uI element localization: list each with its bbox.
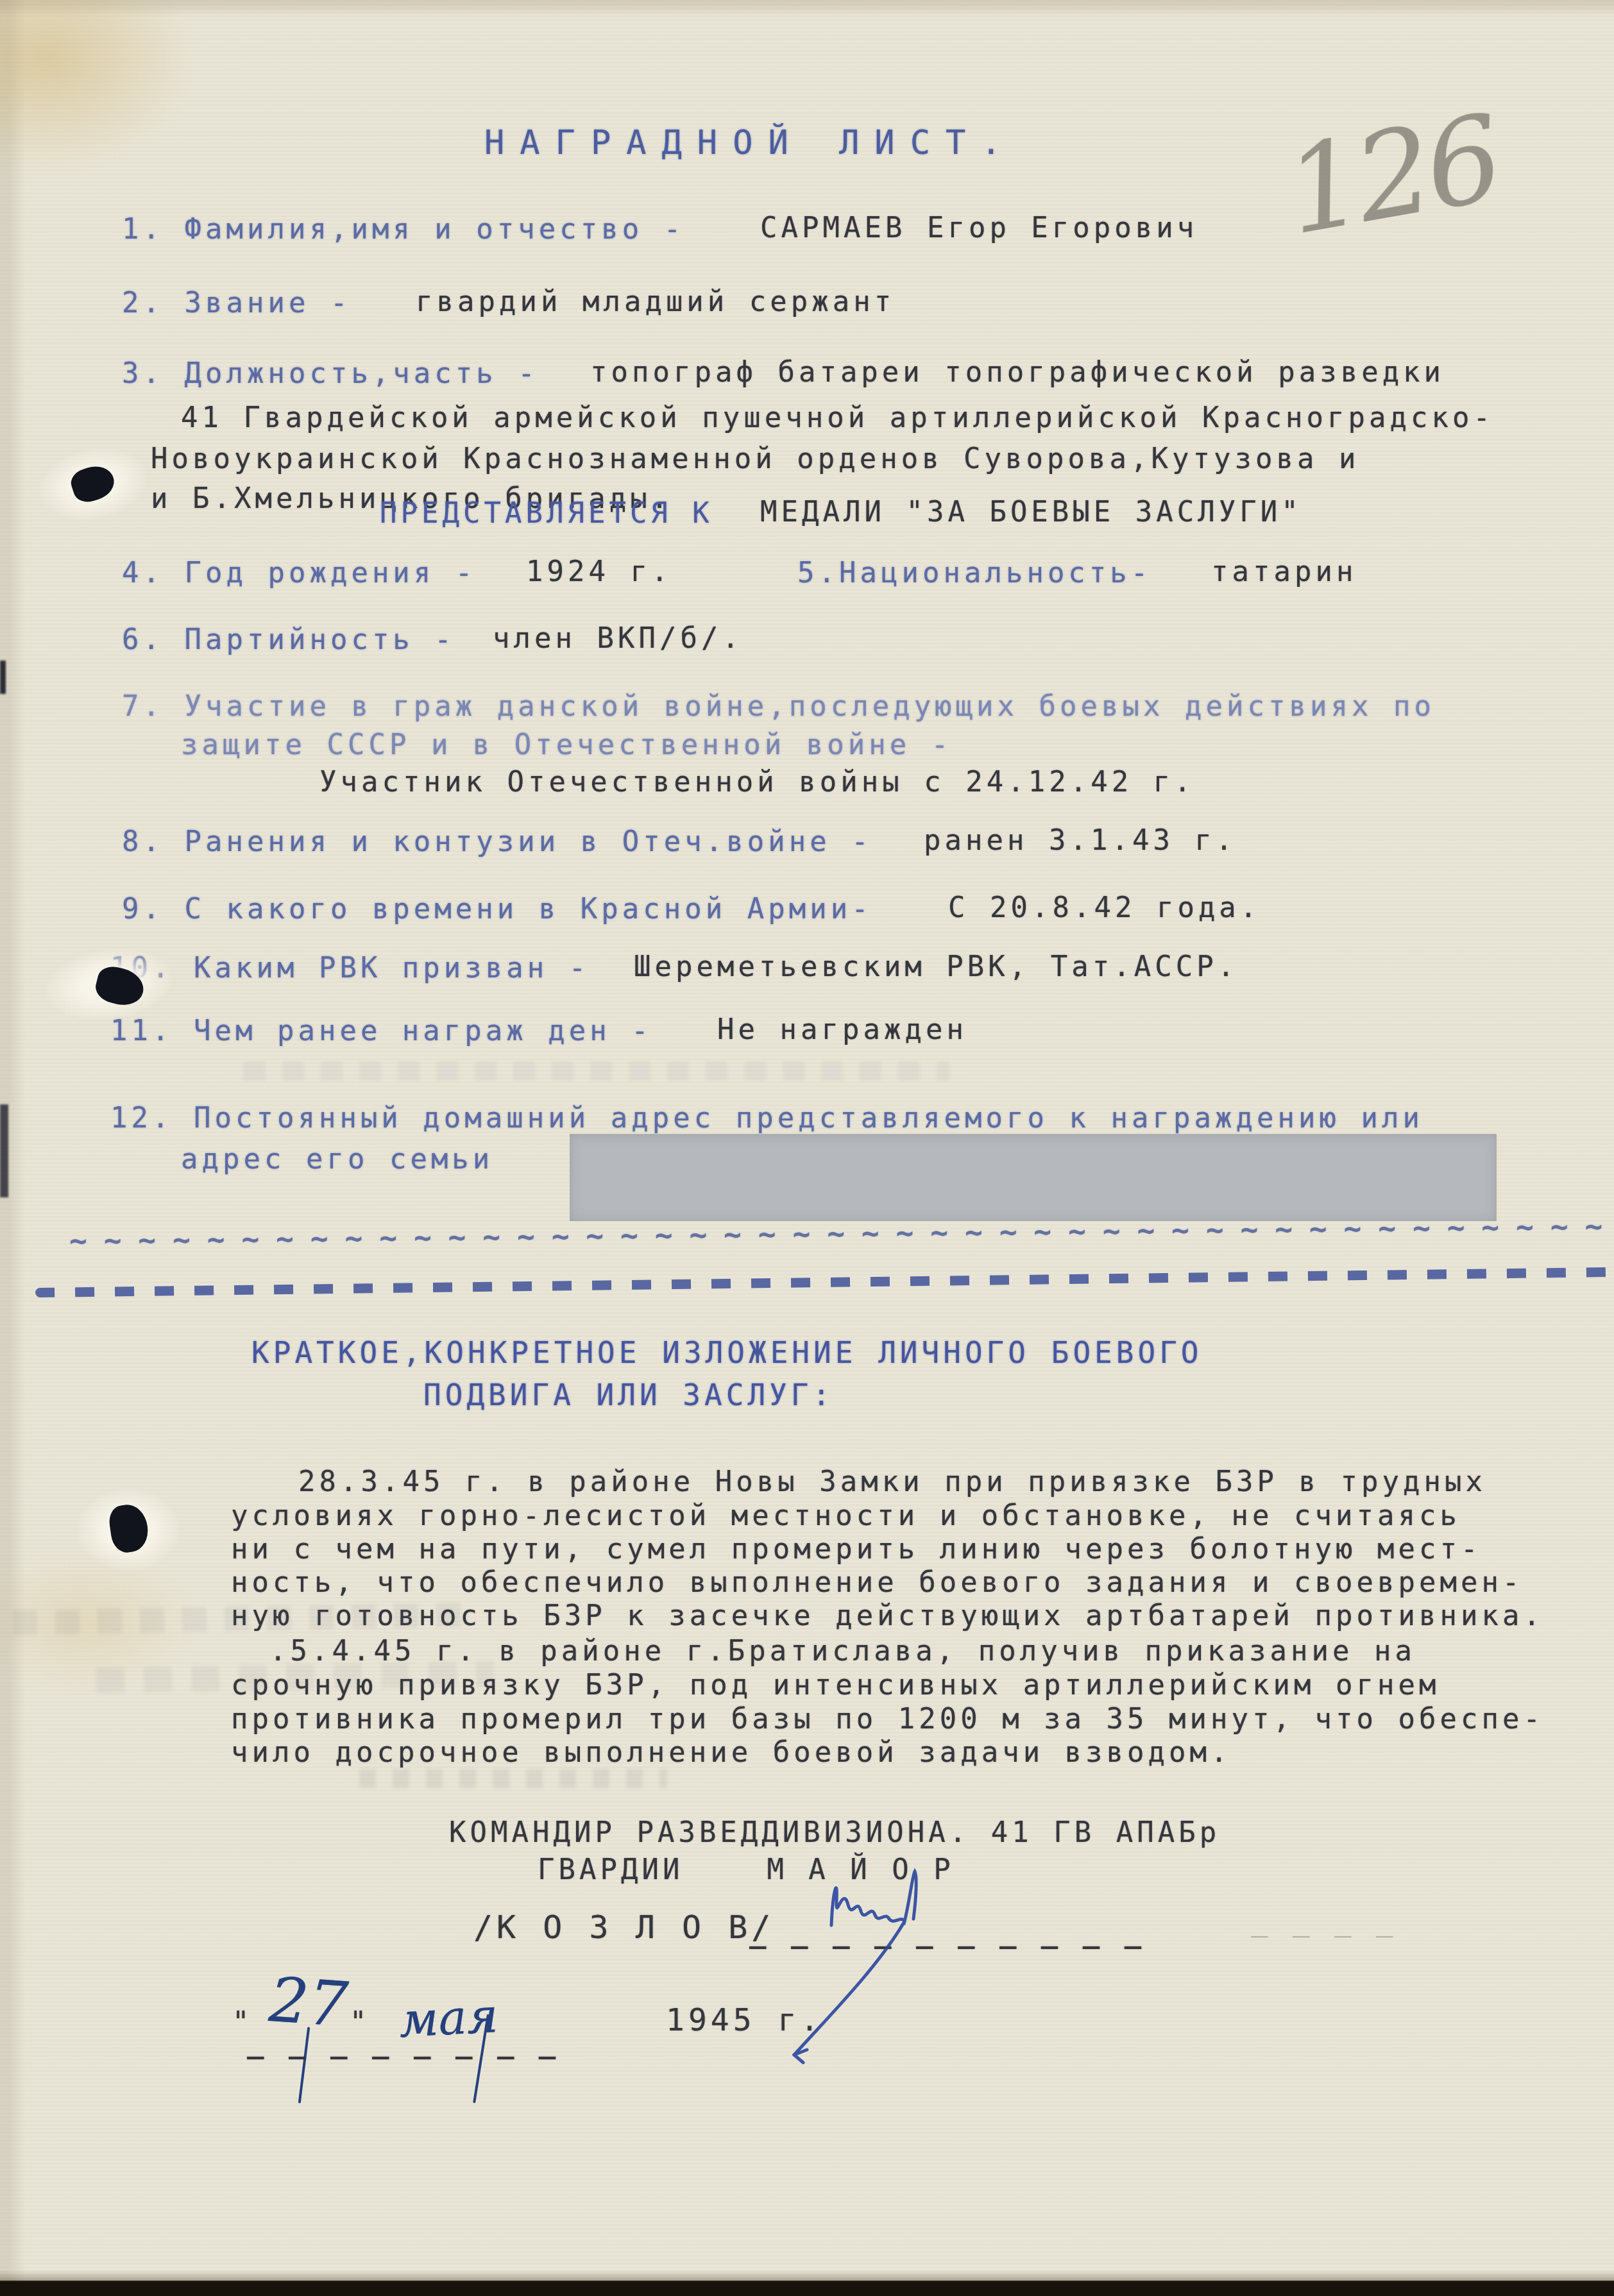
body-line: 28.3.45 г. в районе Новы Замки при привя… <box>298 1465 1486 1498</box>
presented-label: ПРЕДСТАВЛЯЕТСЯ К <box>380 497 713 530</box>
field-3-value-line3: Новоукраинской Краснознаменной орденов С… <box>151 443 1359 475</box>
body-line: ность, что обеспечило выполнение боевого… <box>231 1566 1523 1599</box>
field-6-label: 6. Партийность - <box>122 623 455 656</box>
scan-edge-mark <box>0 661 6 694</box>
field-7-label-line2: защите СССР и в Отечественной войне - <box>181 729 952 761</box>
field-5-value: татарин <box>1211 555 1357 588</box>
faint-typed-smudge <box>244 1061 949 1081</box>
body-line: чило досрочное выполнение боевой задачи … <box>231 1736 1232 1769</box>
field-9-label: 9. С какого времени в Красной Армии- <box>122 893 872 925</box>
field-12-label-line1: 12. Постоянный домашний адрес представля… <box>110 1102 1423 1135</box>
date-year: 1945 г. <box>666 2002 822 2038</box>
field-8-label: 8. Ранения и контузии в Отеч.войне - <box>122 825 872 858</box>
field-8-value: ранен 3.1.43 г. <box>924 824 1236 857</box>
scan-bottom-shadow <box>0 2270 1614 2282</box>
field-4-label: 4. Год рождения - <box>122 557 476 589</box>
wavy-separator: ~~~~~~~~~~~~~~~~~~~~~~~~~~~~~~~~~~~~~~~~… <box>69 1208 1614 1258</box>
handwritten-signature <box>706 1815 1039 2084</box>
dashed-separator <box>35 1267 1612 1297</box>
signature-dash-line-faint: _ _ _ _ <box>1251 1905 1397 1937</box>
field-2-label: 2. Звание - <box>122 287 351 319</box>
redaction-box <box>570 1134 1497 1221</box>
field-12-label-line2: адрес его семьи <box>181 1143 493 1176</box>
document-title: НАГРАДНОЙ ЛИСТ. <box>484 124 1017 162</box>
field-4-value: 1924 г. <box>526 555 672 588</box>
field-6-value: член ВКП/б/. <box>493 622 743 655</box>
field-3-value-line2: 41 Гвардейской армейской пушечной артилл… <box>181 401 1494 434</box>
section-heading-line1: КРАТКОЕ,КОНКРЕТНОЕ ИЗЛОЖЕНИЕ ЛИЧНОГО БОЕ… <box>251 1335 1203 1370</box>
field-9-value: С 20.8.42 года. <box>948 891 1261 924</box>
date-dash-line: _ _ _ _ _ _ _ _ <box>247 2027 559 2059</box>
field-3-value: топограф батареи топографической разведк… <box>590 356 1445 389</box>
field-11-value: Не награжден <box>717 1013 967 1046</box>
field-1-value: САРМАЕВ Егор Егорович <box>760 212 1198 244</box>
field-11-label: 11. Чем ранее награж ден - <box>110 1015 652 1047</box>
field-10-value: Шереметьевским РВК, Тат.АССР. <box>634 950 1238 983</box>
field-10-label: 10. Каким РВК призван - <box>110 952 590 984</box>
faint-typed-smudge <box>359 1769 667 1788</box>
field-7-value: Участник Отечественной войны с 24.12.42 … <box>319 766 1195 798</box>
field-7-label-line1: 7. Участие в граж данской войне,последую… <box>122 690 1435 723</box>
award-sheet-scan: 126 НАГРАДНОЙ ЛИСТ. 1. Фамилия,имя и отч… <box>0 0 1614 2296</box>
scan-bottom-edge <box>0 2281 1614 2296</box>
body-line: противника промерил три базы по 1200 м з… <box>231 1703 1544 1735</box>
field-3-label: 3. Должность,часть - <box>122 357 539 390</box>
presented-value: МЕДАЛИ "ЗА БОЕВЫЕ ЗАСЛУГИ" <box>760 496 1302 528</box>
field-5-label: 5.Национальность- <box>797 557 1151 589</box>
pencil-page-number: 126 <box>1276 89 1508 262</box>
body-line: ни с чем на пути, сумел промерить линию … <box>231 1533 1481 1566</box>
scan-edge-mark <box>0 1104 8 1197</box>
body-line: условиях горно-лесистой местности и обст… <box>231 1499 1461 1532</box>
section-heading-line2: ПОДВИГА ИЛИ ЗАСЛУГ: <box>423 1378 834 1412</box>
field-2-value: гвардий младший сержант <box>416 285 895 318</box>
field-1-label: 1. Фамилия,имя и отчество - <box>122 213 684 246</box>
